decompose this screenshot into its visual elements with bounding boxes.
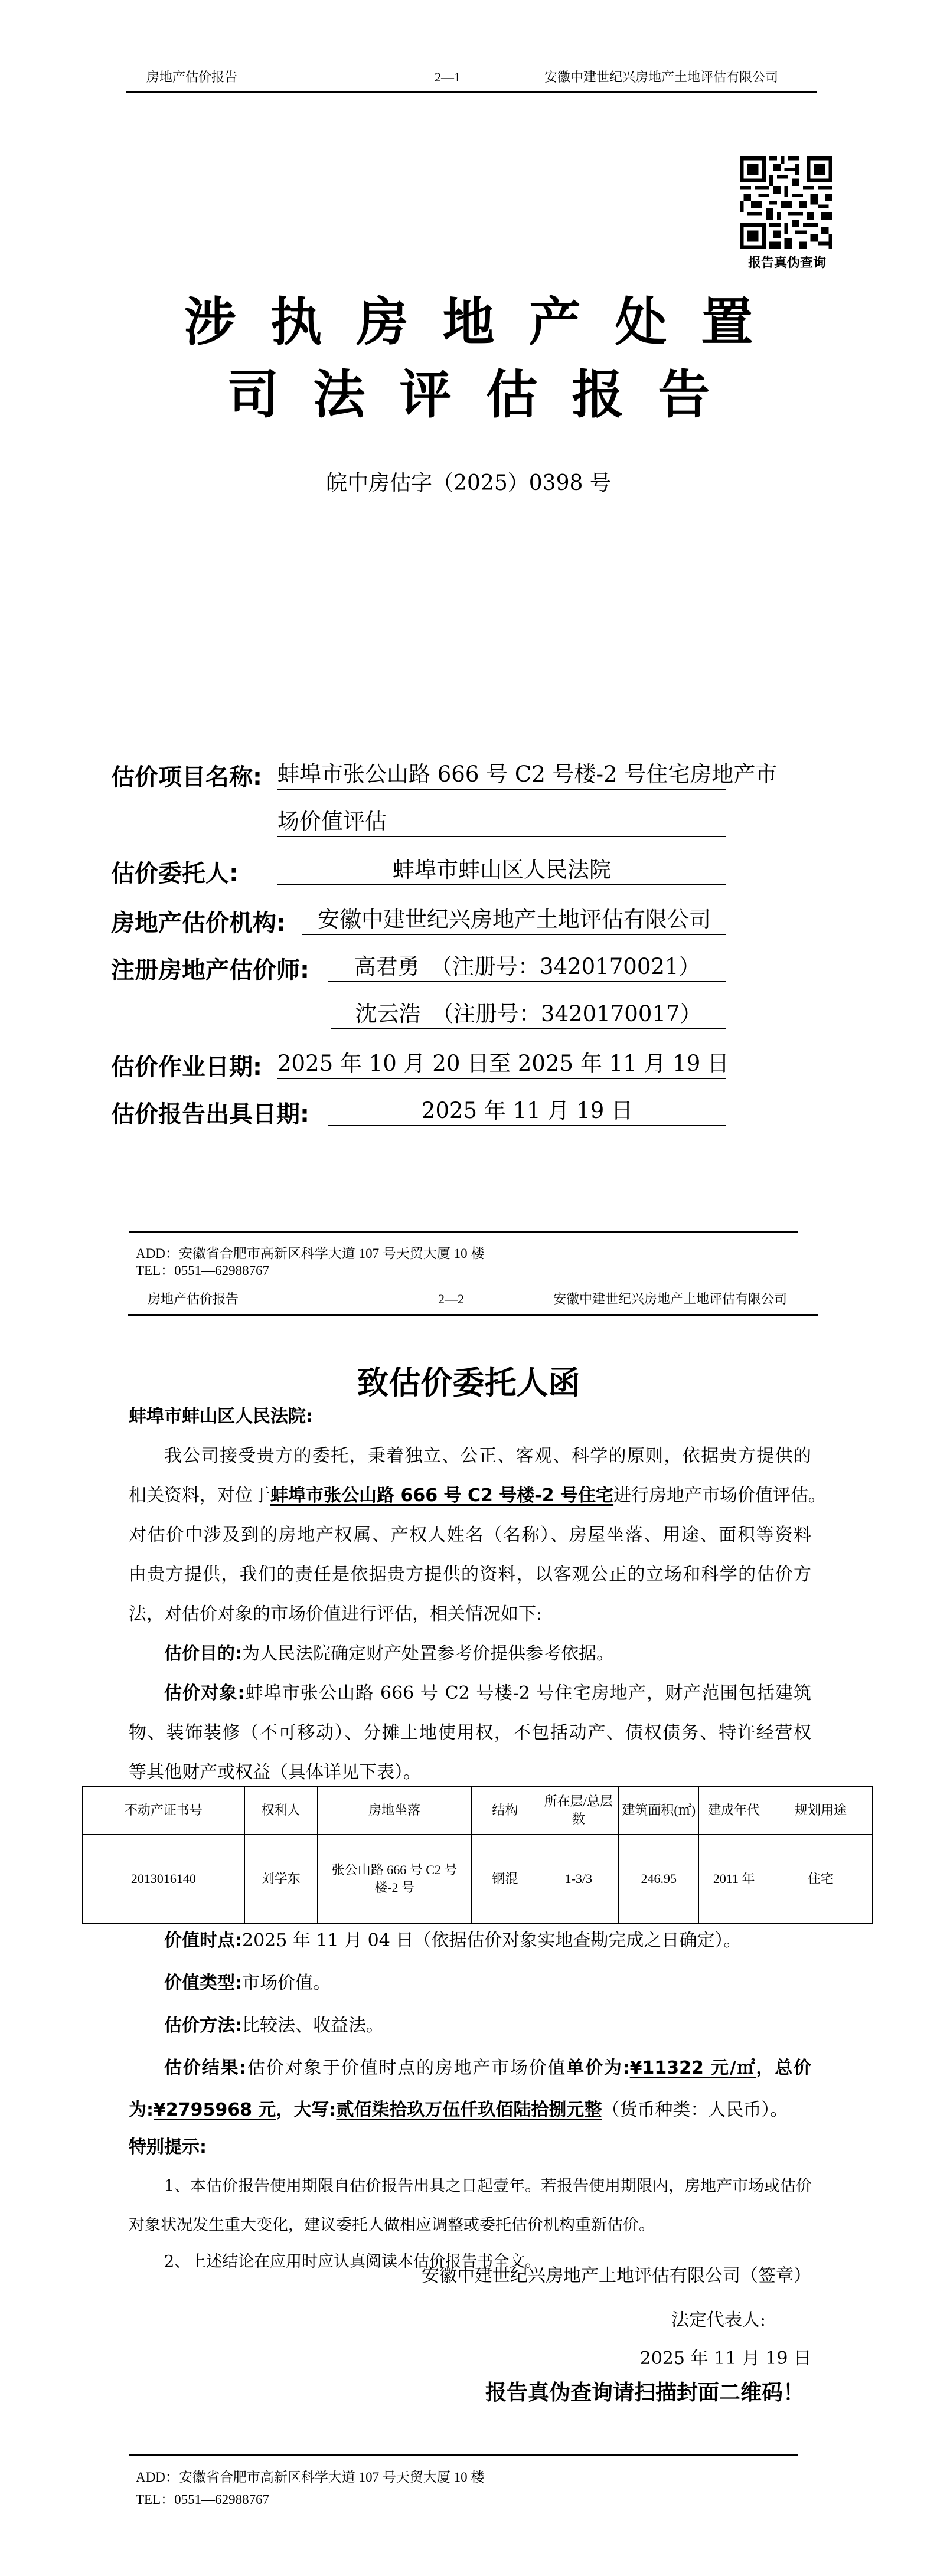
project-name-label: 估价项目名称:	[111, 759, 262, 792]
value-date-value: 2025 年 11 月 04 日（依据估价对象实地查勘完成之日确定）。	[242, 1930, 741, 1951]
appraiser-2: 沈云浩 （注册号：3420170017）	[331, 1000, 726, 1029]
object-line-3: 等其他财产或权益（具体详见下表）。	[129, 1761, 811, 1784]
signature-date: 2025 年 11 月 19 日	[640, 2343, 811, 2369]
purpose-line: 估价目的:为人民法院确定财产处置参考价提供参考依据。	[164, 1642, 811, 1666]
total-price-label: ，总价	[756, 2058, 811, 2078]
special-notes-title: 特别提示:	[129, 2136, 811, 2159]
footer-tel: TEL：0551—62988767	[136, 1260, 269, 1279]
intro-text: 相关资料，对位于	[129, 1485, 270, 1506]
value-date-label: 价值时点:	[164, 1930, 242, 1951]
cover-title-line-2: 司法评估报告	[0, 365, 937, 424]
property-address-highlight: 蚌埠市张公山路 666 号 C2 号楼-2 号住宅	[270, 1485, 613, 1506]
col-header-owner: 权利人	[244, 1787, 317, 1835]
col-header-location: 房地坐落	[317, 1787, 472, 1835]
cell-floor: 1-3/3	[538, 1835, 619, 1924]
footer-address: ADD：安徽省合肥市高新区科学大道 107 号天贸大厦 10 楼	[136, 2466, 484, 2486]
col-header-cert-no: 不动产证书号	[83, 1787, 245, 1835]
capital-amount-value: 贰佰柒拾玖万伍仟玖佰陆拾捌元整	[336, 2100, 602, 2120]
footer-rule	[129, 1231, 798, 1233]
intro-line-1: 我公司接受贵方的委托，秉着独立、公正、客观、科学的原则，依据贵方提供的	[164, 1444, 811, 1468]
value-type-value: 市场价值。	[242, 1973, 331, 1993]
client-label: 估价委托人:	[111, 855, 239, 888]
letter-title: 致估价委托人函	[0, 1358, 937, 1403]
intro-text: 进行房地产市场价值评估。	[613, 1485, 826, 1506]
header-rule	[128, 1314, 818, 1316]
table-row: 2013016140 刘学东 张公山路 666 号 C2 号楼-2 号 钢混 1…	[83, 1835, 873, 1924]
cell-cert-no: 2013016140	[83, 1835, 245, 1924]
note-1-line-2: 对象状况发生重大变化，建议委托人做相应调整或委托估价机构重新估价。	[129, 2214, 811, 2237]
cell-structure: 钢混	[472, 1835, 538, 1924]
intro-line-4: 由贵方提供，我们的责任是依据贵方提供的资料，以客观公正的立场和科学的估价方	[129, 1563, 811, 1587]
object-line-2: 物、装饰装修（不可移动）、分摊土地使用权，不包括动产、债权债务、特许经营权	[129, 1721, 811, 1745]
purpose-value: 为人民法院确定财产处置参考价提供参考依据。	[242, 1643, 614, 1664]
unit-price-value: ¥11322 元/㎡	[630, 2058, 756, 2078]
methods-value: 比较法、收益法。	[242, 2015, 384, 2036]
intro-line-2: 相关资料，对位于蚌埠市张公山路 666 号 C2 号楼-2 号住宅进行房地产市场…	[129, 1484, 811, 1508]
issue-date-label: 估价报告出具日期:	[111, 1096, 309, 1129]
col-header-year: 建成年代	[699, 1787, 769, 1835]
cell-location: 张公山路 666 号 C2 号楼-2 号	[317, 1835, 472, 1924]
issue-date-value: 2025 年 11 月 19 日	[328, 1097, 726, 1126]
cover-title-line-1: 涉执房地产处置	[0, 292, 937, 351]
page-header-number: 2—2	[438, 1292, 464, 1307]
verification-notice: 报告真伪查询请扫描封面二维码！	[485, 2376, 804, 2406]
cell-owner: 刘学东	[244, 1835, 317, 1924]
agency-value: 安徽中建世纪兴房地产土地评估有限公司	[302, 905, 726, 935]
page-header-left: 房地产估价报告	[146, 70, 237, 85]
result-label: 估价结果:	[164, 2058, 246, 2078]
property-table: 不动产证书号 权利人 房地坐落 结构 所在层/总层数 建筑面积(㎡) 建成年代 …	[82, 1786, 873, 1924]
page-header-company: 安徽中建世纪兴房地产土地评估有限公司	[544, 70, 778, 85]
cell-area: 246.95	[619, 1835, 699, 1924]
header-rule	[126, 91, 817, 93]
project-name-value-line-2: 场价值评估	[277, 808, 726, 837]
note-1-line-1: 1、本估价报告使用期限自估价报告出具之日起壹年。若报告使用期限内，房地产市场或估…	[164, 2175, 811, 2198]
capital-amount-label: ，大写:	[276, 2100, 336, 2120]
intro-line-3: 对估价中涉及到的房地产权属、产权人姓名（名称）、房屋坐落、用途、面积等资料	[129, 1524, 811, 1547]
object-line-1: 估价对象:蚌埠市张公山路 666 号 C2 号楼-2 号住宅房地产，财产范围包括…	[164, 1682, 811, 1705]
signature-company: 安徽中建世纪兴房地产土地评估有限公司（签章）	[422, 2261, 811, 2287]
project-name-value-line-1: 蚌埠市张公山路 666 号 C2 号楼-2 号住宅房地产市	[277, 760, 726, 790]
value-type-label: 价值类型:	[164, 1973, 242, 1993]
total-price-label-cont: 为:	[129, 2100, 154, 2120]
client-value: 蚌埠市蚌山区人民法院	[277, 856, 726, 885]
footer-tel: TEL：0551—62988767	[136, 2489, 269, 2508]
col-header-usage: 规划用途	[769, 1787, 873, 1835]
page-header-number: 2—1	[435, 70, 461, 85]
footer-rule	[129, 2454, 798, 2456]
page-header-left: 房地产估价报告	[148, 1292, 239, 1307]
result-line-1: 估价结果:估价对象于价值时点的房地产市场价值单价为:¥11322 元/㎡，总价	[164, 2057, 811, 2080]
methods-line: 估价方法:比较法、收益法。	[164, 2014, 811, 2038]
methods-label: 估价方法:	[164, 2015, 242, 2036]
appraiser-1: 高君勇 （注册号：3420170021）	[328, 953, 726, 982]
result-line-2: 为:¥2795968 元，大写:贰佰柒拾玖万伍仟玖佰陆拾捌元整（货币种类：人民币…	[129, 2098, 811, 2122]
value-date-line: 价值时点:2025 年 11 月 04 日（依据估价对象实地查勘完成之日确定）。	[164, 1929, 811, 1953]
qr-code-label: 报告真伪查询	[737, 253, 837, 271]
page-header-company: 安徽中建世纪兴房地产土地评估有限公司	[553, 1292, 787, 1307]
agency-label: 房地产估价机构:	[111, 904, 286, 938]
cell-usage: 住宅	[769, 1835, 873, 1924]
total-price-value: ¥2795968 元	[154, 2100, 276, 2120]
currency-note: （货币种类：人民币）。	[602, 2100, 788, 2120]
work-period-label: 估价作业日期:	[111, 1048, 262, 1082]
result-text: 估价对象于价值时点的房地产市场价值	[246, 2058, 566, 2078]
object-label: 估价对象:	[164, 1683, 244, 1704]
col-header-area: 建筑面积(㎡)	[619, 1787, 699, 1835]
work-period-value: 2025 年 10 月 20 日至 2025 年 11 月 19 日	[277, 1050, 726, 1079]
report-number: 皖中房估字（2025）0398 号	[0, 466, 937, 496]
legal-representative-label: 法定代表人:	[671, 2305, 766, 2331]
value-type-line: 价值类型:市场价值。	[164, 1972, 811, 1995]
col-header-floor: 所在层/总层数	[538, 1787, 619, 1835]
qr-code-icon	[740, 156, 832, 249]
salutation: 蚌埠市蚌山区人民法院:	[129, 1405, 811, 1428]
unit-price-label: 单价为:	[566, 2058, 629, 2078]
col-header-structure: 结构	[472, 1787, 538, 1835]
appraisers-label: 注册房地产估价师:	[111, 952, 309, 985]
object-value: 蚌埠市张公山路 666 号 C2 号楼-2 号住宅房地产，财产范围包括建筑	[244, 1683, 811, 1704]
purpose-label: 估价目的:	[164, 1643, 242, 1664]
cell-year: 2011 年	[699, 1835, 769, 1924]
table-header-row: 不动产证书号 权利人 房地坐落 结构 所在层/总层数 建筑面积(㎡) 建成年代 …	[83, 1787, 873, 1835]
intro-line-5: 法，对估价对象的市场价值进行评估，相关情况如下:	[129, 1603, 811, 1626]
